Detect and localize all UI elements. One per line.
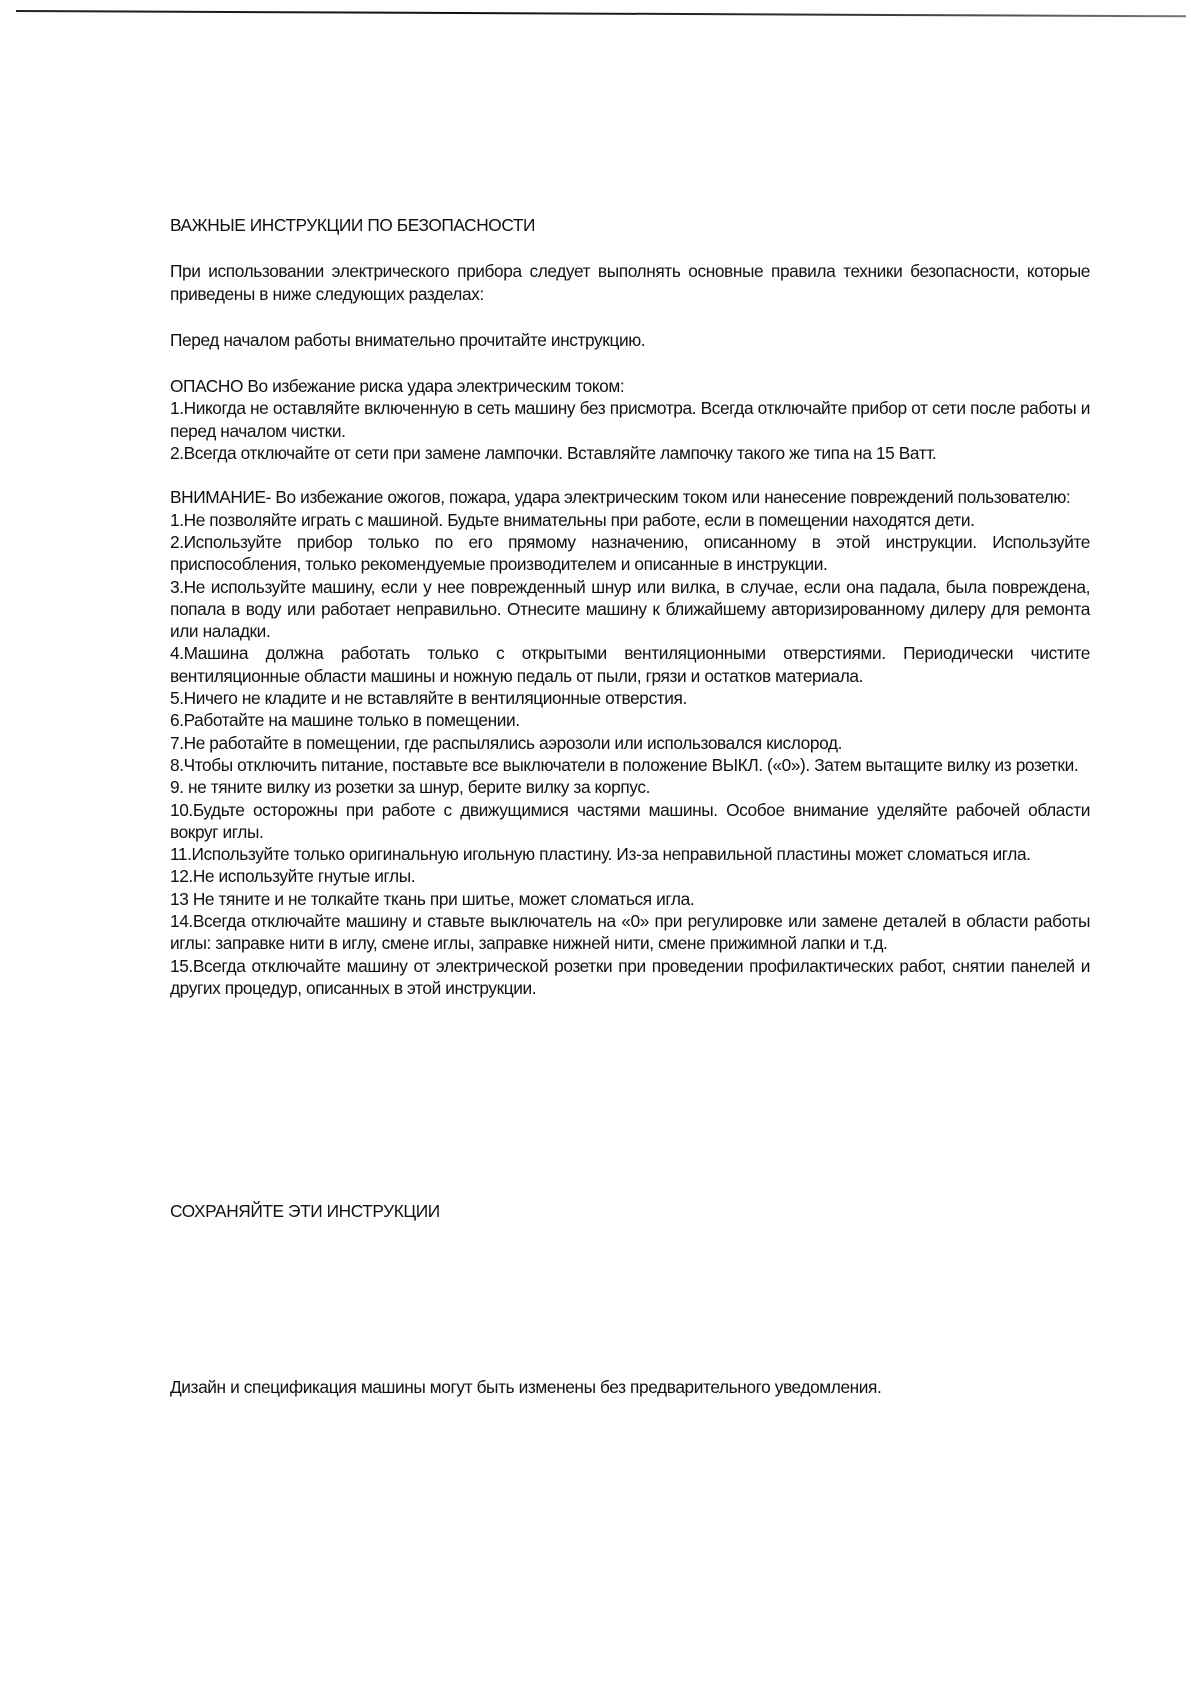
warning-item: 4.Машина должна работать только с открыт… (170, 642, 1090, 687)
spacer (170, 305, 1090, 329)
spacer (170, 236, 1090, 260)
intro-paragraph: При использовании электрического прибора… (170, 260, 1090, 305)
warning-item: 2.Используйте прибор только по его прямо… (170, 531, 1090, 576)
footer-note: Дизайн и спецификация машины могут быть … (170, 1377, 881, 1398)
warning-section: ВНИМАНИЕ- Во избежание ожогов, пожара, у… (170, 486, 1090, 999)
page-title: ВАЖНЫЕ ИНСТРУКЦИИ ПО БЕЗОПАСНОСТИ (170, 214, 1090, 236)
warning-item: 1.Не позволяйте играть с машиной. Будьте… (170, 509, 1090, 531)
warning-item: 11.Используйте только оригинальную иголь… (170, 843, 1090, 865)
warning-item: 8.Чтобы отключить питание, поставьте все… (170, 754, 1090, 776)
warning-item: 3.Не используйте машину, если у нее повр… (170, 576, 1090, 643)
warning-item: 9. не тяните вилку из розетки за шнур, б… (170, 776, 1090, 798)
danger-section: ОПАСНО Во избежание риска удара электрич… (170, 375, 1090, 464)
save-instructions-notice: СОХРАНЯЙТЕ ЭТИ ИНСТРУКЦИИ (170, 1201, 440, 1222)
warning-heading: ВНИМАНИЕ- Во избежание ожогов, пожара, у… (170, 486, 1090, 508)
document-page: ВАЖНЫЕ ИНСТРУКЦИИ ПО БЕЗОПАСНОСТИ При ис… (170, 214, 1090, 999)
warning-item: 13 Не тяните и не толкайте ткань при шит… (170, 888, 1090, 910)
warning-item: 5.Ничего не кладите и не вставляйте в ве… (170, 687, 1090, 709)
warning-item: 14.Всегда отключайте машину и ставьте вы… (170, 910, 1090, 955)
warning-item: 7.Не работайте в помещении, где распылял… (170, 732, 1090, 754)
danger-item: 2.Всегда отключайте от сети при замене л… (170, 442, 1090, 464)
spacer (170, 351, 1090, 375)
warning-item: 15.Всегда отключайте машину от электриче… (170, 955, 1090, 1000)
warning-item: 12.Не используйте гнутые иглы. (170, 865, 1090, 887)
warning-item: 6.Работайте на машине только в помещении… (170, 709, 1090, 731)
read-first-paragraph: Перед началом работы внимательно прочита… (170, 329, 1090, 351)
danger-item: 1.Никогда не оставляйте включенную в сет… (170, 397, 1090, 442)
danger-list: 1.Никогда не оставляйте включенную в сет… (170, 397, 1090, 464)
danger-heading: ОПАСНО Во избежание риска удара электрич… (170, 375, 1090, 397)
warning-item: 10.Будьте осторожны при работе с движущи… (170, 799, 1090, 844)
scan-edge-line (16, 10, 1186, 17)
warning-list: 1.Не позволяйте играть с машиной. Будьте… (170, 509, 1090, 1000)
spacer (170, 464, 1090, 486)
